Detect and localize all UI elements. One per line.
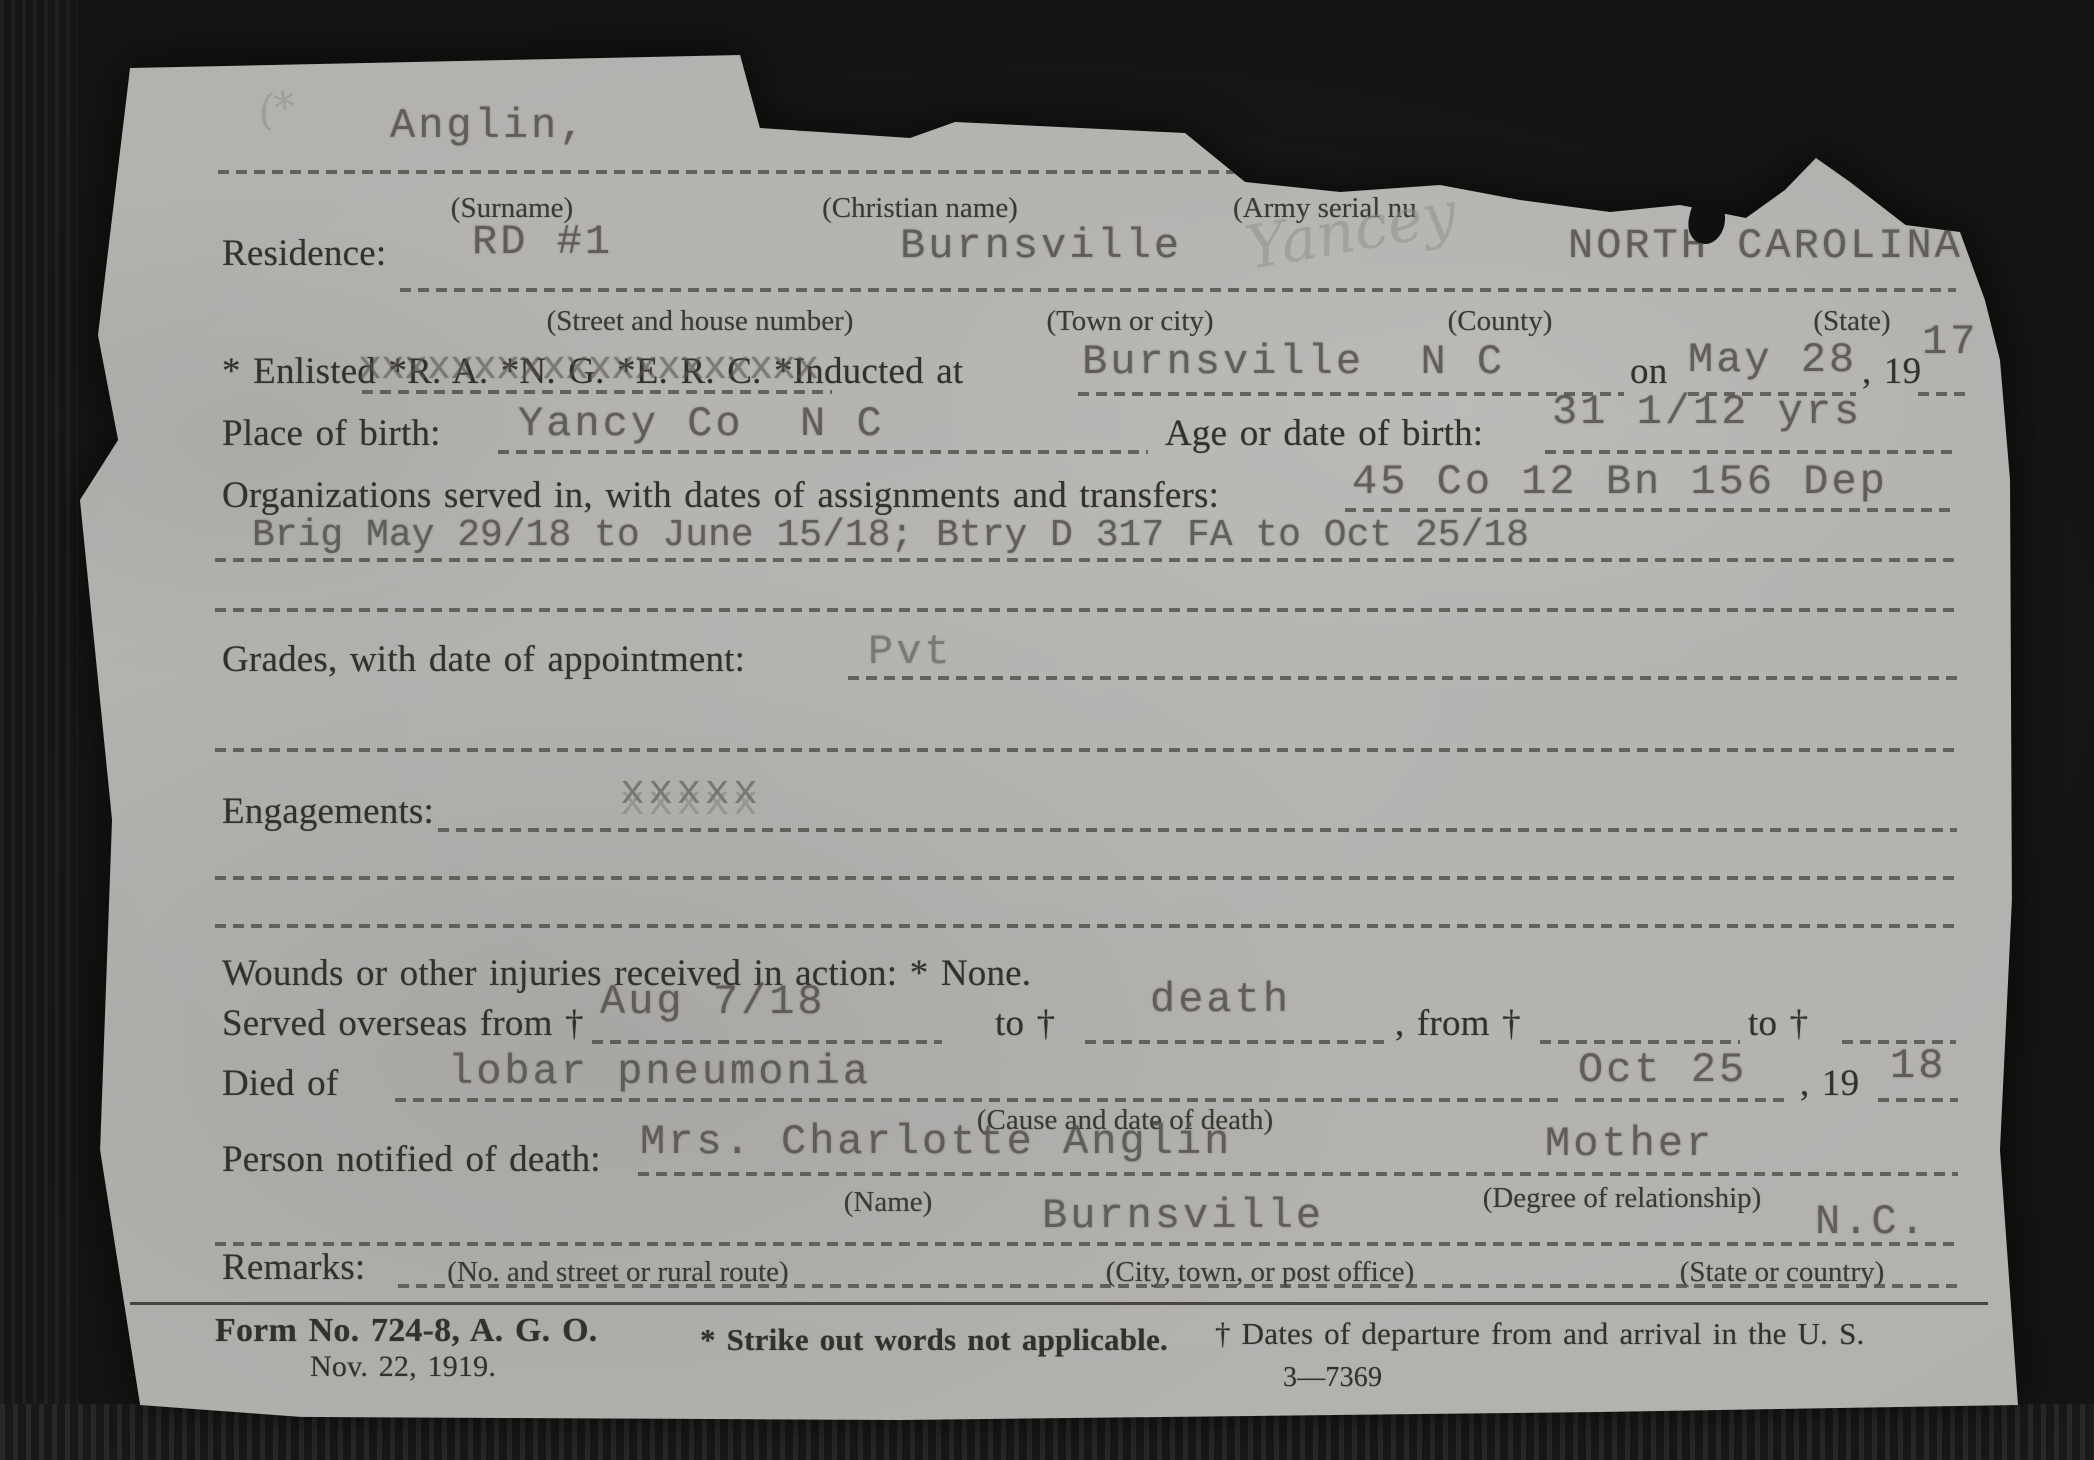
enlist-year-value: 17 (1922, 318, 1978, 366)
relation-label: (Degree of relationship) (1483, 1182, 1762, 1215)
dashed-line (848, 676, 1957, 680)
dashed-line (215, 924, 1957, 928)
overseas-from2-label: , from † (1395, 1002, 1521, 1045)
organizations-label: Organizations served in, with dates of a… (222, 474, 1219, 517)
person-notified-label: Person notified of death: (222, 1138, 601, 1181)
dashed-line (1545, 450, 1955, 454)
dashed-line (398, 1284, 1958, 1288)
notified-city-value: Burnsville (1042, 1192, 1324, 1240)
dashed-line (498, 450, 1148, 454)
dashed-line (592, 1040, 942, 1044)
christian-name-label: (Christian name) (822, 192, 1018, 225)
notified-name-value: Mrs. Charlotte Anglin (640, 1118, 1232, 1166)
age-value: 31 1/12 yrs (1552, 388, 1862, 436)
scanned-record-card: (* Anglin, Don (Surname) (Christian name… (0, 0, 2094, 1460)
year-prefix: , 19 (1862, 350, 1921, 393)
died-of-label: Died of (222, 1062, 338, 1105)
notified-relation-value: Mother (1545, 1120, 1714, 1168)
record-card-paper: (* Anglin, Don (Surname) (Christian name… (0, 0, 2094, 1460)
print-code: 3—7369 (1283, 1362, 1382, 1394)
age-label: Age or date of birth: (1165, 412, 1483, 455)
dagger-note: † Dates of departure from and arrival in… (1215, 1316, 1864, 1352)
dashed-line (1078, 392, 1624, 396)
street-label: (Street and house number) (547, 305, 854, 338)
birth-place-value: Yancy Co N C (518, 400, 885, 448)
form-date: Nov. 22, 1919. (310, 1350, 496, 1384)
dashed-line (1345, 508, 1957, 512)
dashed-line (215, 1242, 1960, 1246)
death-year-value: 18 (1890, 1042, 1946, 1090)
county-label: (County) (1448, 305, 1553, 338)
dashed-line (1085, 1040, 1390, 1044)
dashed-line (1575, 1098, 1790, 1102)
death-date-value: Oct 25 (1578, 1046, 1747, 1094)
residence-state-value: NORTH CAROLINA (1568, 222, 1963, 270)
state-label: (State) (1813, 305, 1890, 338)
death-cause-value: lobar pneumonia (448, 1048, 871, 1096)
organizations-value-2: Brig May 29/18 to June 15/18; Btry D 317… (252, 514, 1529, 557)
footer-rule (130, 1302, 1988, 1305)
dashed-line (215, 748, 1957, 752)
death-year-prefix: , 19 (1800, 1062, 1859, 1105)
overseas-to-label: to † (995, 1002, 1055, 1045)
dashed-line (215, 608, 1957, 612)
dashed-line (218, 170, 1535, 174)
engagements-label: Engagements: (222, 790, 434, 833)
overseas-to-value: death (1150, 976, 1291, 1024)
overseas-from-value: Aug 7/18 (600, 978, 826, 1026)
strike-out-overlay: xxxxxxxxxxxxxxxxxxxx (358, 346, 818, 391)
enlist-date-value: May 28 (1688, 336, 1857, 384)
residence-street-value: RD #1 (472, 218, 613, 266)
town-label: (Town or city) (1046, 305, 1213, 338)
form-number: Form No. 724-8, A. G. O. (215, 1312, 597, 1350)
notified-state-value: N.C. (1815, 1198, 1928, 1246)
name-label: (Name) (844, 1186, 933, 1219)
dashed-line (1918, 392, 1968, 396)
inducted-place-value: Burnsville N C (1082, 338, 1505, 386)
dashed-line (400, 288, 1956, 292)
christian-name-value: Don (795, 96, 880, 144)
dashed-line (395, 1098, 1560, 1102)
engagements-value: xxxxx (620, 768, 761, 816)
overseas-from-label: Served overseas from † (222, 1002, 584, 1045)
grades-value: Pvt (868, 628, 953, 676)
dashed-line (1540, 1040, 1740, 1044)
dashed-line (438, 828, 1957, 832)
grades-label: Grades, with date of appointment: (222, 638, 745, 681)
dashed-line (1878, 1098, 1958, 1102)
surname-value: Anglin, (390, 102, 587, 150)
overseas-to2-label: to † (1748, 1002, 1808, 1045)
hand-mark: (* (255, 82, 299, 136)
organizations-value-1: 45 Co 12 Bn 156 Dep (1352, 458, 1888, 506)
dashed-line (638, 1172, 1958, 1176)
on-label: on (1630, 350, 1667, 393)
strike-underline (362, 390, 832, 394)
residence-label: Residence: (222, 232, 386, 275)
residence-town-value: Burnsville (900, 222, 1182, 270)
dashed-line (215, 876, 1957, 880)
strike-note: * Strike out words not applicable. (700, 1322, 1168, 1358)
remarks-label: Remarks: (222, 1246, 365, 1289)
dashed-line (215, 558, 1957, 562)
birth-place-label: Place of birth: (222, 412, 441, 455)
